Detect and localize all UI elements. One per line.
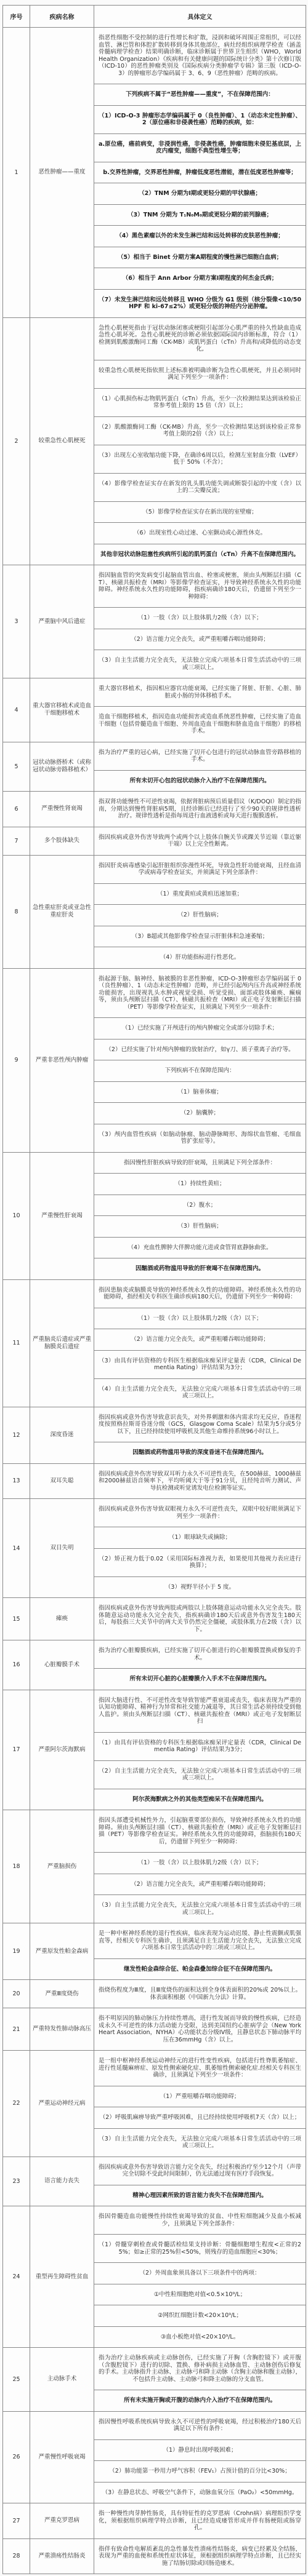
definition-cell: 因酗酒或药物滥用导致的深度昏迷不在保障范围内。 [94,1442,306,1464]
definition-cell: （3）自主生活能力完全丧失，无法独立完成六项基本日常生活活动中的三项或三项以上。 [94,650,306,678]
definition-cell: （3）B超或其他影像学检查显示肝脏体积急速萎缩； [94,926,306,947]
disease-name: 严重脑中风后遗症 [30,565,94,678]
definition-cell: （3）自主生活能力完全丧失，无法独立完成六项基本日常生活活动中的三项或三项以上。 [94,1895,306,1923]
definition-cell: （3）自主生活能力完全丧失，无法独立完成六项基本日常生活活动中的三项或三项以上。 [94,2128,306,2157]
row-number: 20 [3,1980,30,2008]
definition-cell: 指双肾功能慢性不可逆性衰竭，依据肾脏病预后质量倡议（K/DOQI）制定的指南，分… [94,792,306,827]
disease-name: 严重运动神经元病 [30,2051,94,2157]
row-number: 6 [3,792,30,827]
definition-cell: （2）TNM 分期为Ⅰ期或更轻分期的甲状腺癌； [94,183,306,205]
table-row: 1恶性肿瘤——重度指恶性细胞不受控制的进行性增长和扩散，浸润和破坏周围正常组织，… [3,28,306,84]
row-number: 24 [3,2206,30,2348]
definition-cell: 指因疾病或意外伤害导致双耳听力永久不可逆性丧失，在500赫兹、1000赫兹和20… [94,1463,306,1499]
table-row: 14双目失明指因疾病或意外伤害导致双眼视力永久不可逆性丧失，双眼中较好眼须满足下… [3,1499,306,1527]
table-row: 26严重慢性呼吸衰竭指因慢性呼吸系统疾病导致永久不可逆性的呼吸衰竭，经过积极治疗… [3,2411,306,2439]
definition-cell: （5）相当于 Binet 分期方案A期程度的慢性淋巴细胞白血病； [94,247,306,268]
definition-cell: （1）静息时出现呼吸困难； [94,2439,306,2461]
definition-cell: （4）充血性脾肿大伴脾功能亢进或食管胃底静脉曲张。 [94,1237,306,1258]
definition-cell: 指起源于脑、脑神经、脑被膜的非恶性肿瘤，ICD-O-3肿瘤形态学编码属于 0（良… [94,968,306,1018]
disease-name: 严重溃疡性结肠炎 [30,2538,94,2574]
definition-cell: （1）骨髓穿刺检查或骨髓活检结果支持诊断：骨髓细胞增生程度<正常的25%；如≥正… [94,2235,306,2263]
definition-cell: 所有未实施开胸或开腹的动脉内介入治疗不在保障范围内。 [94,2390,306,2412]
header-cell-definition: 具体定义 [94,6,306,28]
row-number: 5 [3,742,30,792]
table-row: 8急性重症肝炎或亚急性重症肝炎指因肝炎病毒感染引起肝脏组织弥漫性坏死，导致急性肝… [3,855,306,883]
row-number: 11 [3,1279,30,1407]
definition-cell: 指烧伤程度为Ⅲ度，且Ⅲ度烧伤的面积达到全身体表面积的20%或 20%以上。体表面… [94,1980,306,2008]
definition-cell: b.交界性肿瘤，交界恶性肿瘤，肿瘤低度恶性潜能，潜在低度恶性肿瘤等； [94,162,306,183]
disease-name: 严重原发性帕金森病 [30,1923,94,1980]
disease-name: 严重慢性呼吸衰竭 [30,2411,94,2503]
definition-cell: （1）重度黄疸或黄疸迅速加重； [94,883,306,905]
definition-cell: （2）外周血象须具备以下三项条件中的两项： [94,2263,306,2284]
row-number: 15 [3,1598,30,1640]
definition-cell: 精神心理因素所致的语言能力丧失不在保障范围内。 [94,2185,306,2206]
header-row: 序号 疾病名称 具体定义 [3,6,306,28]
definition-cell: 继发性帕金森综合征、帕金森叠加综合征不在保障范围内。 [94,1958,306,1980]
disease-name: 主动脉手术 [30,2348,94,2412]
table-row: 10严重慢性肝衰竭指因慢性肝脏疾病导致的肝衰竭，且须满足下列全部条件： [3,1152,306,1174]
definition-cell: 阿尔茨海默病之外的其他类型痴呆不在保障范围内。 [94,1789,306,1810]
table-row: 25主动脉手术指为治疗主动脉疾病或主动脉创伤，已经实施了开胸（含胸腔镜下）或开腹… [3,2348,306,2390]
table-row: 11严重脑炎后遗症或严重脑膜炎后遗症指因患脑炎或脑膜炎导致的神经系统永久性的功能… [3,1279,306,1308]
definition-cell: （2）语言能力完全丧失，或严重咀嚼吞咽功能障碍； [94,1329,306,1351]
disease-name: 严重脑损伤 [30,1810,94,1923]
definition-cell: 指因慢性肝脏疾病导致的肝衰竭，且须满足下列全部条件： [94,1152,306,1174]
definition-cell: 指为治疗心脏瓣膜疾病，已经实施了切开心脏进行的心脏瓣膜置换或修复的手术。 [94,1640,306,1669]
definition-cell: （1）一肢（含）以上肢体肌力2级（含）以下； [94,1853,306,1874]
disease-name: 严重克罗恩病 [30,2503,94,2539]
definition-cell: （1）持续性黄疸； [94,1174,306,1195]
definition-cell: ③血小板绝对值<20×10⁹/L。 [94,2326,306,2348]
row-number: 25 [3,2348,30,2412]
table-row: 17严重阿尔茨海默病指因大脑进行性、不可逆性改变导致智能严重衰退或丧失，临床表现… [3,1690,306,1732]
definition-cell: 造血干细胞移植术，指因造血功能损害或造血系统恶性肿瘤，已经实施了造血干细胞（包括… [94,707,306,742]
definition-cell: ①中性粒细胞绝对值<0.5×10⁹/L； [94,2284,306,2305]
disease-name: 严重特发性肺动脉高压 [30,2008,94,2051]
disease-name: 双耳失聪 [30,1463,94,1499]
definition-cell: （4）黑色素瘤以外的未发生淋巴结和远处转移的皮肤恶性肿瘤； [94,226,306,247]
table-row: 21严重特发性肺动脉高压指不明原因的肺动脉压力持续性增高，进行性发展而导致的慢性… [3,2008,306,2051]
definition-cell: 指因疾病或意外伤害导致两个或两个以上肢体自腕关节或踝关节近端（靠近躯干端）以上完… [94,827,306,855]
row-number: 27 [3,2503,30,2539]
disease-name: 严重Ⅲ度烧伤 [30,1980,94,2008]
table-row: 15瘫痪指因疾病或意外伤害导致两肢或两肢以上肢体随意运动功能永久完全丧失。肢体随… [3,1598,306,1640]
definition-cell: （1）心肌损伤标志物肌钙蛋白（cTn）升高，至少一次检测结果达到该检验正常参考值… [94,388,306,416]
disease-name: 深度昏迷 [30,1407,94,1463]
definition-cell: （1）脑垂体瘤； [94,1081,306,1103]
table-row: 20严重Ⅲ度烧伤指烧伤程度为Ⅲ度，且Ⅲ度烧伤的面积达到全身体表面积的20%或 2… [3,1980,306,2008]
definition-cell: （3）肝性脑病； [94,1216,306,1238]
row-number: 23 [3,2157,30,2206]
definition-cell: （3）颅内血管性疾病（如脑动脉瘤、脑动静脉畸形、海绵状血管瘤、毛细血管扩张症等）… [94,1124,306,1152]
table-row: 22严重运动神经元病是一组中枢神经系统运动神经元的进行性变性疾病，包括进行性脊肌… [3,2051,306,2086]
disease-name: 急性重症肝炎或亚急性重症肝炎 [30,855,94,968]
table-row: 7多个肢体缺失指因疾病或意外伤害导致两个或两个以上肢体自腕关节或踝关节近端（靠近… [3,827,306,855]
table-row: 6严重慢性肾衰竭指双肾功能慢性不可逆性衰竭，依据肾脏病预后质量倡议（K/DOQI… [3,792,306,827]
definition-cell: a.原位癌，癌前病变，非浸润性癌，非侵袭性癌，肿瘤细胞未侵犯基底层，上皮内瘤变，… [94,133,306,162]
definition-cell: （1）严重咀嚼吞咽功能障碍； [94,2086,306,2107]
disease-name: 严重脑炎后遗症或严重脑膜炎后遗症 [30,1279,94,1407]
row-number: 28 [3,2538,30,2574]
disease-name: 冠状动脉搭桥术（或称冠状动脉旁路移植术） [30,742,94,792]
definition-cell: 指因疾病或意外伤害导致两肢或两肢以上肢体随意运动功能永久完全丧失。肢体随意运动功… [94,1598,306,1640]
definition-cell: 较重急性心肌梗死指依照上述标准被明确诊断为急性心肌梗死，并且必须同时满足下列至少… [94,360,306,388]
disease-name: 语言能力丧失 [30,2157,94,2206]
table-row: 2较重急性心肌梗死急性心肌梗死指由于冠状动脉闭塞或梗阻引起部分心肌严重的持久性缺… [3,317,306,360]
table-row: 3严重脑中风后遗症指因脑血管的突发病变引起脑血管出血、栓塞或梗塞，须由头颅断层扫… [3,565,306,608]
definition-cell: （3）在静息状态、呼吸空气条件下，动脉血氧分压（PaO₂）<50mmHg。 [94,2482,306,2503]
definition-cell: 指一种慢性肉芽肿性肠炎，具有特征性的克罗恩病（Crohn病）病理组织学变化，须根… [94,2503,306,2539]
definition-cell: 指因疾病或意外伤害导致意识丧失，对外界刺激和体内需求均无反应，昏迷程度按照格拉斯… [94,1407,306,1442]
definition-cell: 指不明原因的肺动脉压力持续性增高，进行性发展而导致的慢性疾病，已经造成永久不可逆… [94,2008,306,2051]
row-number: 12 [3,1407,30,1463]
disease-name: 严重慢性肾衰竭 [30,792,94,827]
definition-cell: （2）脑囊肿； [94,1103,306,1124]
definition-cell: 指伴有致命性电解质紊乱的急性暴发性溃疡性结肠炎，病变已经累及全结肠，表现为严重的… [94,2538,306,2574]
definition-cell: 因酗酒或药物滥用导致的肝衰竭不在保障范围内。 [94,1258,306,1280]
row-number: 4 [3,678,30,742]
row-number: 17 [3,1690,30,1810]
row-number: 1 [3,28,30,318]
table-row: 16心脏瓣膜手术指为治疗心脏瓣膜疾病，已经实施了切开心脏进行的心脏瓣膜置换或修复… [3,1640,306,1669]
definition-cell: （2）自主生活能力完全丧失，无法独立完成六项基本日常生活活动中的三项或三项以上。 [94,1760,306,1789]
table-row: 18严重脑损伤指因头部遭受机械性外力，引起脑重要部位损伤，导致神经系统永久性的功… [3,1810,306,1853]
disease-name: 多个肢体缺失 [30,827,94,855]
disease-name: 严重非恶性颅内肿瘤 [30,968,94,1152]
definition-cell: 所有未切开心包的冠状动脉介入治疗不在保障范围内。 [94,770,306,792]
definition-cell: ②网织红细胞计数<20×10⁹/L； [94,2305,306,2327]
definition-cell: 指因疾病或意外伤害导致双眼视力永久不可逆性丧失，双眼中较好眼须满足下列至少一项条… [94,1499,306,1527]
definition-cell: （5）影像学检查证实存在新出现的室壁瘤； [94,501,306,523]
row-number: 3 [3,565,30,678]
definition-cell: 指因脑血管的突发病变引起脑血管出血、栓塞或梗塞，须由头颅断层扫描（CT）、核磁共… [94,565,306,608]
definition-cell: （1）一肢（含）以上肢体肌力2级（含）以下； [94,1308,306,1329]
row-number: 16 [3,1640,30,1690]
definition-cell: 指因骨髓造血功能慢性持续性衰竭导致的贫血、中性粒细胞减少及血小板减少，且须满足下… [94,2206,306,2235]
definition-cell: （3）TNM 分期为 T₁N₀M₀期或更轻分期的前列腺癌； [94,204,306,226]
definition-cell: （2）语言能力完全丧失，或严重咀嚼吞咽功能障碍； [94,629,306,650]
definition-cell: （2）腹水； [94,1195,306,1216]
definition-cell: 是一种中枢神经系统的退行性疾病，临床表现为运动迟缓、静止性震颤或肌强直等，经相关… [94,1923,306,1959]
row-number: 2 [3,317,30,565]
disease-name: 瘫痪 [30,1598,94,1640]
definition-cell: （1）眼球缺失或摘除； [94,1527,306,1549]
definition-cell: 是一组中枢神经系统运动神经元的进行性变性疾病，包括进行性脊肌萎缩症、进行性延髓麻… [94,2051,306,2086]
row-number: 9 [3,968,30,1152]
header-cell-name: 疾病名称 [30,6,94,28]
row-number: 22 [3,2051,30,2157]
definition-cell: 所有未切开心脏的心脏瓣膜介入手术不在保障范围内。 [94,1669,306,1690]
definition-cell: 指因头部遭受机械性外力，引起脑重要部位损伤，导致神经系统永久性的功能障碍。须由头… [94,1810,306,1853]
definition-cell: （2）肝性脑病； [94,905,306,926]
definition-cell: 重大器官移植术，指因相应器官功能衰竭，已经实施了肾脏、肝脏、心脏、肺脏或小肠的异… [94,678,306,707]
definition-cell: 指因患脑炎或脑膜炎导致的神经系统永久性的功能障碍。神经系统永久性的功能障碍，指经… [94,1279,306,1308]
row-number: 18 [3,1810,30,1923]
definition-cell: 指因肝炎病毒感染引起肝脏组织弥漫性坏死，导致急性肝功能衰竭，且经血清学或病毒学检… [94,855,306,883]
definition-cell: （3）视野半径小于 5 度。 [94,1576,306,1598]
definition-cell: 指因疾病或意外伤害导致语言能力完全丧失，经过积极治疗至少12个月（声带完全切除不… [94,2157,306,2185]
definition-cell: 指因大脑进行性、不可逆性改变导致智能严重衰退或丧失，临床表现为严重的认知功能障碍… [94,1690,306,1732]
definition-cell: （3）出现左心室收缩功能下降，在确诊6周以后，检测左室射血分数（LVEF）低于 … [94,445,306,473]
table-row: 5冠状动脉搭桥术（或称冠状动脉旁路移植术）指为治疗严重的冠心病，已经实施了切开心… [3,742,306,770]
definition-cell: （1）由具有评估资格的专科医生根据临床痴呆评定量表（CDR，Clinical D… [94,1732,306,1760]
table-row: 9严重非恶性颅内肿瘤指起源于脑、脑神经、脑被膜的非恶性肿瘤，ICD-O-3肿瘤形… [3,968,306,1018]
row-number: 26 [3,2411,30,2503]
disease-definition-table: 序号 疾病名称 具体定义 1恶性肿瘤——重度指恶性细胞不受控制的进行性增长和扩散… [2,5,306,2574]
definition-cell: （2）矫正视力低于0.02（采用国际标准视力表，如果使用其他视力表应进行换算）； [94,1548,306,1576]
row-number: 7 [3,827,30,855]
definition-cell: 其他非冠状动脉阻塞性疾病所引起的肌钙蛋白（cTn）升高不在保障范围内。 [94,544,306,565]
definition-cell: （6）出现室性心动过速、心室颤动或心源性休克。 [94,523,306,544]
definition-cell: （2）语言能力完全丧失，或严重咀嚼吞咽功能障碍； [94,1874,306,1895]
definition-cell: （2）肌酸激酶同工酶（CK-MB）升高，至少一次检测结果达到该检验正常参考值上限… [94,416,306,445]
disease-table-body: 1恶性肿瘤——重度指恶性细胞不受控制的进行性增长和扩散，浸润和破坏周围正常组织，… [3,28,306,2574]
definition-cell: （4）影像学检查证实存在新发的乳头肌功能失调或断裂引起的中度（含）以上的二尖瓣反… [94,473,306,501]
row-number: 10 [3,1152,30,1279]
disease-name: 恶性肿瘤——重度 [30,28,94,318]
table-row: 28严重溃疡性结肠炎指伴有致命性电解质紊乱的急性暴发性溃疡性结肠炎，病变已经累及… [3,2538,306,2574]
definition-cell: （4）肝功能指标进行性恶化。 [94,947,306,969]
disease-name: 严重慢性肝衰竭 [30,1152,94,1279]
definition-cell: 指为治疗主动脉疾病或主动脉创伤，已经实施了开胸（含胸腔镜下）或开腹（含腹腔镜下）… [94,2348,306,2390]
row-number: 21 [3,2008,30,2051]
row-number: 14 [3,1499,30,1598]
definition-cell: （1）一肢（含）以上肢体肌力2级（含）以下； [94,608,306,629]
definition-cell: 指因慢性呼吸系统疾病导致永久不可逆性的呼吸衰竭，经过积极治疗180天后满足以下所… [94,2411,306,2439]
definition-cell: 下列疾病不在保障范围内： [94,1060,306,1082]
definition-cell: 指为治疗严重的冠心病，已经实施了切开心包进行的冠状动脉血管旁路移植的手术。 [94,742,306,770]
table-row: 24重型再生障碍性贫血指因骨髓造血功能慢性持续性衰竭导致的贫血、中性粒细胞减少及… [3,2206,306,2235]
table-row: 12深度昏迷指因疾病或意外伤害导致意识丧失，对外界刺激和体内需求均无反应，昏迷程… [3,1407,306,1442]
definition-cell: 下列疾病不属于“恶性肿瘤——重度”，不在保障范围内： [94,84,306,106]
definition-cell: （7）未发生淋巴结和远处转移且 WHO 分级为 G1 级别（核分裂像<10/50… [94,289,306,317]
document-page: 序号 疾病名称 具体定义 1恶性肿瘤——重度指恶性细胞不受控制的进行性增长和扩散… [0,0,308,2576]
definition-cell: （2）肺功能第一秒用力呼气容积（FEV₁）占预计值的百分比<30%； [94,2461,306,2483]
table-row: 13双耳失聪指因疾病或意外伤害导致双耳听力永久不可逆性丧失，在500赫兹、100… [3,1463,306,1499]
disease-name: 较重急性心肌梗死 [30,317,94,565]
row-number: 8 [3,855,30,968]
definition-cell: 指恶性细胞不受控制的进行性增长和扩散，浸润和破坏周围正常组织，可以经血管、淋巴管… [94,28,306,84]
table-header: 序号 疾病名称 具体定义 [3,6,306,28]
disease-name: 严重阿尔茨海默病 [30,1690,94,1810]
definition-cell: （1）已经实施了开颅进行的颅内肿瘤完全或部分切除手术； [94,1018,306,1040]
definition-cell: （1）ICD-O-3 肿瘤形态学编码属于 0（良性肿瘤）、1（动态未定性肿瘤）、… [94,105,306,133]
definition-cell: （4）自主生活能力完全丧失，无法独立完成六项基本日常生活活动中的三项或三项以上。 [94,1378,306,1407]
definition-cell: （3）由具有评估资格的专科医生根据临床痴呆评定量表（CDR，Clinical D… [94,1350,306,1378]
table-row: 27严重克罗恩病指一种慢性肉芽肿性肠炎，具有特征性的克罗恩病（Crohn病）病理… [3,2503,306,2539]
table-row: 4重大器官移植术或造血干细胞移植术重大器官移植术，指因相应器官功能衰竭，已经实施… [3,678,306,707]
table-row: 19严重原发性帕金森病是一种中枢神经系统的退行性疾病，临床表现为运动迟缓、静止性… [3,1923,306,1959]
disease-name: 双目失明 [30,1499,94,1598]
disease-name: 重大器官移植术或造血干细胞移植术 [30,678,94,742]
disease-name: 重型再生障碍性贫血 [30,2206,94,2348]
definition-cell: 急性心肌梗死指由于冠状动脉闭塞或梗阻引起部分心肌严重的持久性缺血造成急性心肌坏死… [94,317,306,360]
definition-cell: （6）相当于 Ann Arbor 分期方案Ⅰ期程度的何杰金氏病； [94,268,306,290]
row-number: 13 [3,1463,30,1499]
row-number: 19 [3,1923,30,1980]
table-row: 23语言能力丧失指因疾病或意外伤害导致语言能力完全丧失，经过积极治疗至少12个月… [3,2157,306,2185]
disease-name: 心脏瓣膜手术 [30,1640,94,1690]
header-cell-no: 序号 [3,6,30,28]
definition-cell: （2）已经实施了针对颅内肿瘤的放射治疗，如γ刀、质子重离子治疗等。 [94,1039,306,1060]
definition-cell: （2）呼吸肌麻痹导致严重呼吸困难，且已经持续使用呼吸机7天（含）以上； [94,2107,306,2129]
